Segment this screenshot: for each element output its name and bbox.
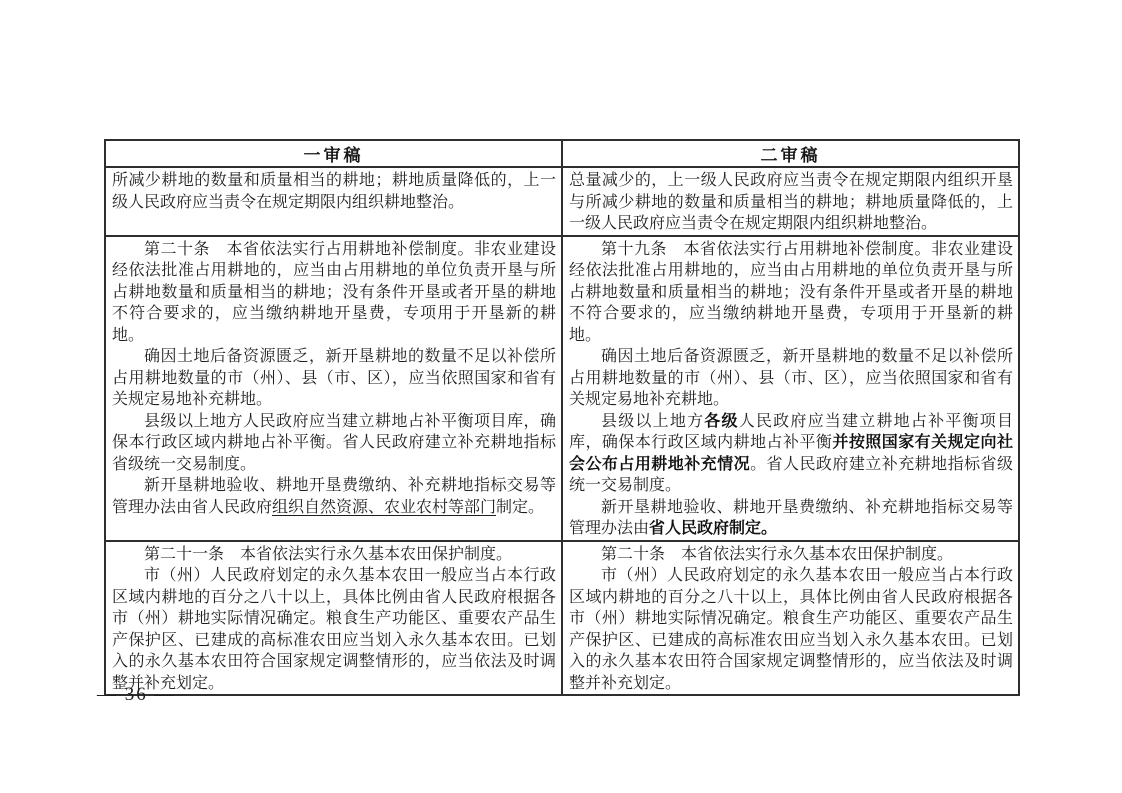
deleted-text: 组织自然资源、农业农村等部门 (272, 499, 496, 516)
paragraph: 第二十条 本省依法实行占用耕地补偿制度。非农业建设经依法批准占用耕地的，应当由占… (112, 239, 556, 347)
cell-second-draft: 总量减少的，上一级人民政府应当责令在规定期限内组织开垦与所减少耕地的数量和质量相… (562, 167, 1019, 236)
paragraph: 市（州）人民政府划定的永久基本农田一般应当占本行政区域内耕地的百分之八十以上，具… (112, 565, 556, 694)
text-segment: 市（州）人民政府划定的永久基本农田一般应当占本行政区域内耕地的百分之八十以上，具… (112, 567, 556, 692)
paragraph: 县级以上地方各级人民政府应当建立耕地占补平衡项目库，确保本行政区域内耕地占补平衡… (569, 411, 1013, 497)
cell-first-draft: 第二十条 本省依法实行占用耕地补偿制度。非农业建设经依法批准占用耕地的，应当由占… (105, 236, 562, 541)
header-row: 一审稿 二审稿 (105, 140, 1019, 167)
paragraph: 所减少耕地的数量和质量相当的耕地；耕地质量降低的，上一级人民政府应当责令在规定期… (112, 170, 556, 213)
column-header-second-draft: 二审稿 (562, 140, 1019, 167)
paragraph: 新开垦耕地验收、耕地开垦费缴纳、补充耕地指标交易等管理办法由省人民政府制定。 (569, 497, 1013, 540)
text-segment: 市（州）人民政府划定的永久基本农田一般应当占本行政区域内耕地的百分之八十以上，具… (569, 567, 1013, 692)
text-segment: 新开垦耕地验收、耕地开垦费缴纳、补充耕地指标交易等管理办法由 (569, 499, 1013, 538)
paragraph: 市（州）人民政府划定的永久基本农田一般应当占本行政区域内耕地的百分之八十以上，具… (569, 565, 1013, 694)
text-segment: 确因土地后备资源匮乏，新开垦耕地的数量不足以补偿所占用耕地数量的市（州）、县（市… (569, 348, 1013, 408)
table-header: 一审稿 二审稿 (105, 140, 1019, 167)
column-header-first-draft: 一审稿 (105, 140, 562, 167)
text-segment: 所减少耕地的数量和质量相当的耕地；耕地质量降低的，上一级人民政府应当责令在规定期… (112, 172, 556, 211)
text-segment: 县级以上地方 (601, 413, 704, 430)
cell-second-draft: 第二十条 本省依法实行永久基本农田保护制度。市（州）人民政府划定的永久基本农田一… (562, 541, 1019, 696)
paragraph: 总量减少的，上一级人民政府应当责令在规定期限内组织开垦与所减少耕地的数量和质量相… (569, 170, 1013, 235)
text-segment: 确因土地后备资源匮乏，新开垦耕地的数量不足以补偿所占用耕地数量的市（州）、县（市… (112, 348, 556, 408)
paragraph: 新开垦耕地验收、耕地开垦费缴纳、补充耕地指标交易等管理办法由省人民政府组织自然资… (112, 475, 556, 518)
paragraph: 第十九条 本省依法实行占用耕地补偿制度。非农业建设经依法批准占用耕地的，应当由占… (569, 239, 1013, 347)
comparison-table: 一审稿 二审稿 所减少耕地的数量和质量相当的耕地；耕地质量降低的，上一级人民政府… (104, 139, 1020, 696)
table-row: 所减少耕地的数量和质量相当的耕地；耕地质量降低的，上一级人民政府应当责令在规定期… (105, 167, 1019, 236)
paragraph: 县级以上地方人民政府应当建立耕地占补平衡项目库，确保本行政区域内耕地占补平衡。省… (112, 411, 556, 476)
text-segment: 第十九条 本省依法实行占用耕地补偿制度。非农业建设经依法批准占用耕地的，应当由占… (569, 241, 1013, 344)
paragraph: 确因土地后备资源匮乏，新开垦耕地的数量不足以补偿所占用耕地数量的市（州）、县（市… (569, 346, 1013, 411)
document-page: 一审稿 二审稿 所减少耕地的数量和质量相当的耕地；耕地质量降低的，上一级人民政府… (0, 0, 1122, 793)
inserted-text: 各级 (704, 413, 738, 430)
page-number: — 36 — (97, 684, 176, 706)
paragraph: 确因土地后备资源匮乏，新开垦耕地的数量不足以补偿所占用耕地数量的市（州）、县（市… (112, 346, 556, 411)
paragraph: 第二十条 本省依法实行永久基本农田保护制度。 (569, 544, 1013, 566)
text-segment: 总量减少的，上一级人民政府应当责令在规定期限内组织开垦与所减少耕地的数量和质量相… (569, 172, 1013, 232)
table-body: 所减少耕地的数量和质量相当的耕地；耕地质量降低的，上一级人民政府应当责令在规定期… (105, 167, 1019, 695)
table-row: 第二十一条 本省依法实行永久基本农田保护制度。市（州）人民政府划定的永久基本农田… (105, 541, 1019, 696)
cell-second-draft: 第十九条 本省依法实行占用耕地补偿制度。非农业建设经依法批准占用耕地的，应当由占… (562, 236, 1019, 541)
text-segment: 第二十一条 本省依法实行永久基本农田保护制度。 (144, 546, 512, 563)
text-segment: 第二十条 本省依法实行占用耕地补偿制度。非农业建设经依法批准占用耕地的，应当由占… (112, 241, 556, 344)
inserted-text: 省人民政府制定。 (649, 520, 777, 537)
text-segment: 第二十条 本省依法实行永久基本农田保护制度。 (601, 546, 953, 563)
cell-first-draft: 所减少耕地的数量和质量相当的耕地；耕地质量降低的，上一级人民政府应当责令在规定期… (105, 167, 562, 236)
cell-first-draft: 第二十一条 本省依法实行永久基本农田保护制度。市（州）人民政府划定的永久基本农田… (105, 541, 562, 696)
text-segment: 制定。 (496, 499, 544, 516)
table-row: 第二十条 本省依法实行占用耕地补偿制度。非农业建设经依法批准占用耕地的，应当由占… (105, 236, 1019, 541)
paragraph: 第二十一条 本省依法实行永久基本农田保护制度。 (112, 544, 556, 566)
text-segment: 县级以上地方人民政府应当建立耕地占补平衡项目库，确保本行政区域内耕地占补平衡。省… (112, 413, 556, 473)
